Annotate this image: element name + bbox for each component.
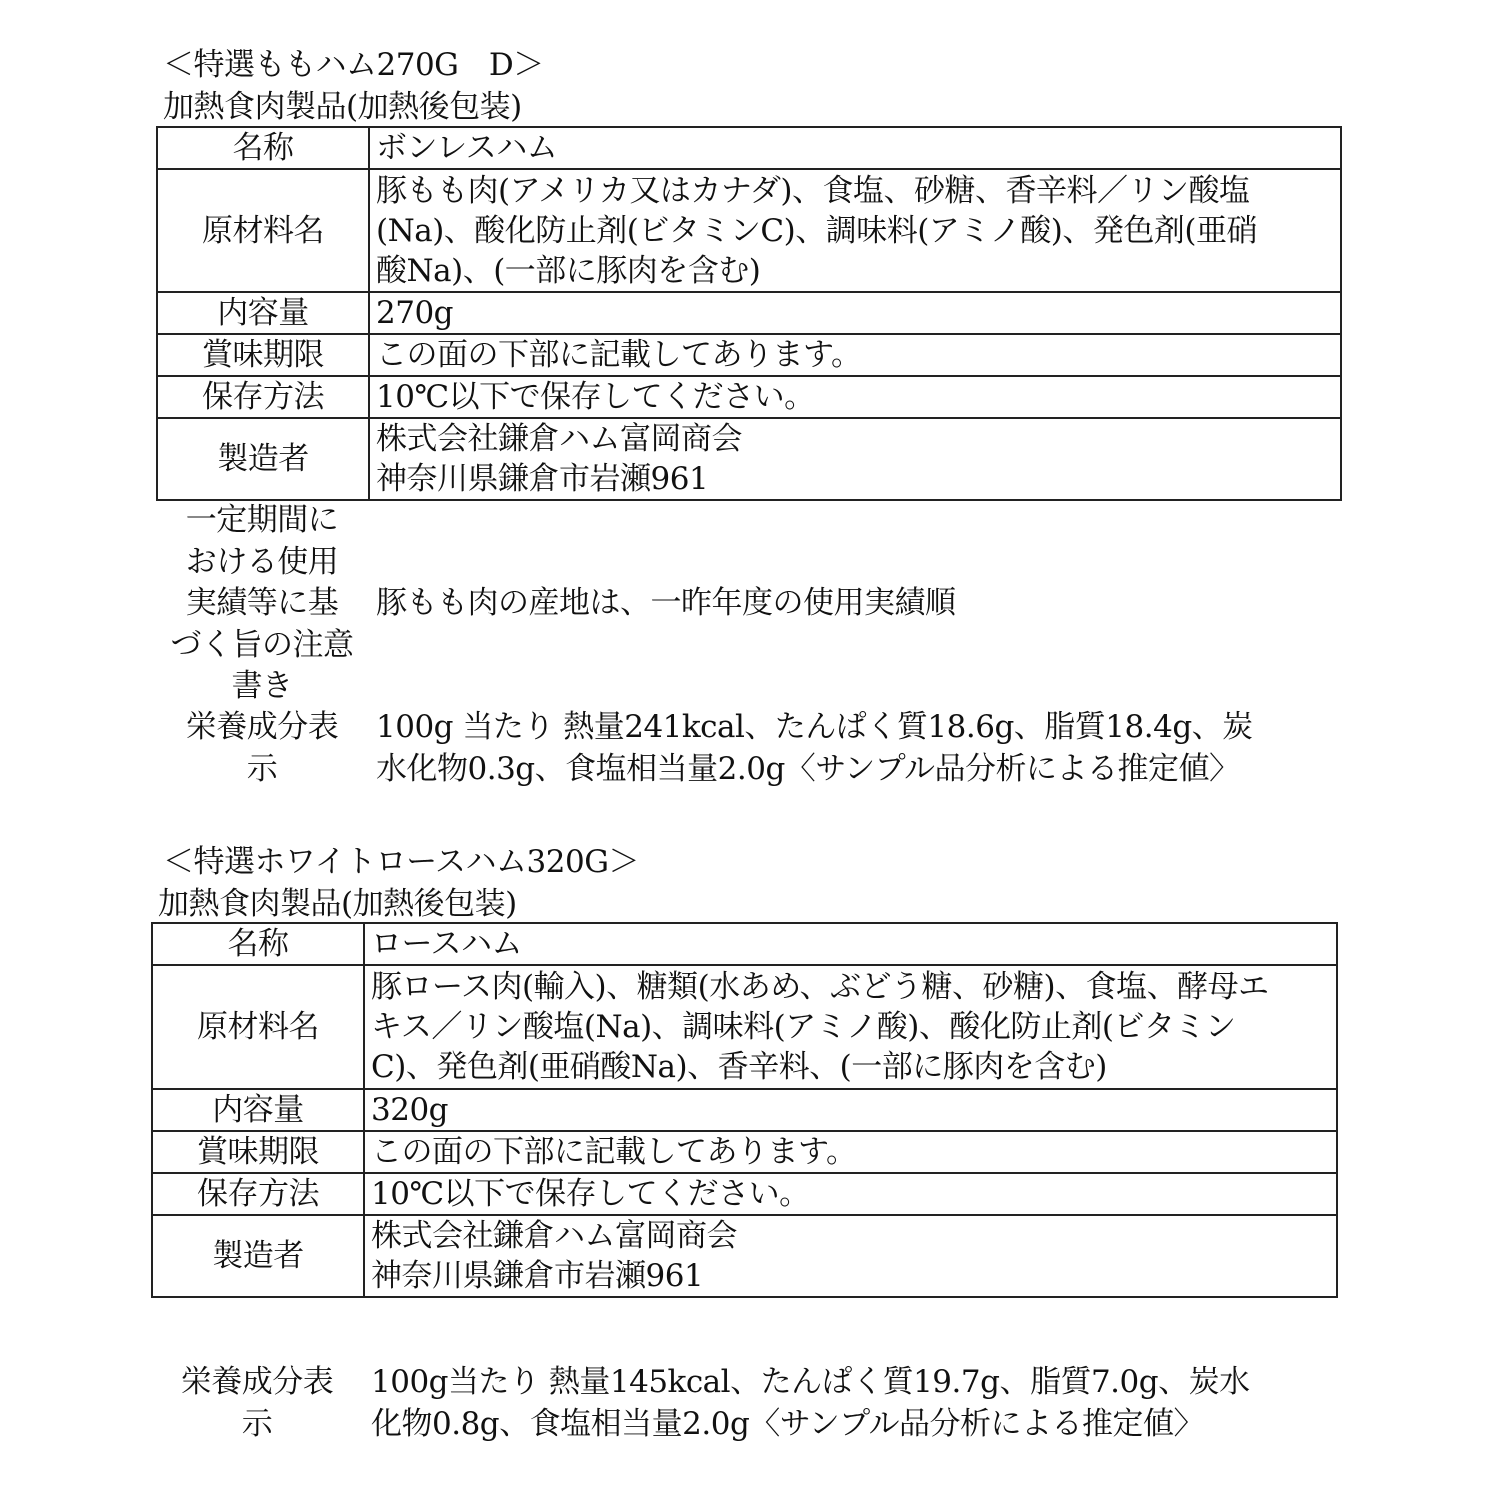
table-row-storage: 保存方法 10℃以下で保存してください。 <box>157 376 1341 418</box>
row-value: 270g <box>369 292 1341 334</box>
product-1-notice-value: 豚もも肉の産地は、一昨年度の使用実績順 <box>376 583 956 625</box>
row-key: 名称 <box>157 127 369 169</box>
row-value: ロースハム <box>364 923 1337 965</box>
row-key: 保存方法 <box>152 1173 364 1215</box>
product-2-nutrition-key: 栄養成分表 示 <box>151 1362 363 1445</box>
product-1-label-table: 名称 ボンレスハム 原材料名 豚もも肉(アメリカ又はカナダ)、食塩、砂糖、香辛料… <box>156 126 1342 501</box>
product-1-category: 加熱食肉製品(加熱後包装) <box>163 87 522 127</box>
row-value: 豚ロース肉(輸入)、糖類(水あめ、ぶどう糖、砂糖)、食塩、酵母エ キス／リン酸塩… <box>364 965 1337 1089</box>
row-value: 豚もも肉(アメリカ又はカナダ)、食塩、砂糖、香辛料／リン酸塩 (Na)、酸化防止… <box>369 169 1341 292</box>
row-value: 株式会社鎌倉ハム富岡商会 神奈川県鎌倉市岩瀬961 <box>364 1215 1337 1297</box>
row-key: 製造者 <box>157 418 369 500</box>
table-row-ingredients: 原材料名 豚ロース肉(輸入)、糖類(水あめ、ぶどう糖、砂糖)、食塩、酵母エ キス… <box>152 965 1337 1089</box>
product-2-label-table: 名称 ロースハム 原材料名 豚ロース肉(輸入)、糖類(水あめ、ぶどう糖、砂糖)、… <box>151 922 1338 1298</box>
product-2-title: ＜特選ホワイトロースハム320G＞ <box>163 842 639 882</box>
row-key: 内容量 <box>152 1089 364 1131</box>
row-value: この面の下部に記載してあります。 <box>369 334 1341 376</box>
row-value: ボンレスハム <box>369 127 1341 169</box>
product-2-nutrition-value: 100g当たり 熱量145kcal、たんぱく質19.7g、脂質7.0g、炭水 化… <box>371 1362 1250 1445</box>
row-key: 賞味期限 <box>152 1131 364 1173</box>
table-row-name: 名称 ボンレスハム <box>157 127 1341 169</box>
table-row-net-weight: 内容量 270g <box>157 292 1341 334</box>
row-key: 原材料名 <box>157 169 369 292</box>
product-2-category: 加熱食肉製品(加熱後包装) <box>158 884 517 924</box>
table-row-best-before: 賞味期限 この面の下部に記載してあります。 <box>157 334 1341 376</box>
row-key: 賞味期限 <box>157 334 369 376</box>
table-row-manufacturer: 製造者 株式会社鎌倉ハム富岡商会 神奈川県鎌倉市岩瀬961 <box>157 418 1341 500</box>
row-value: 320g <box>364 1089 1337 1131</box>
table-row-ingredients: 原材料名 豚もも肉(アメリカ又はカナダ)、食塩、砂糖、香辛料／リン酸塩 (Na)… <box>157 169 1341 292</box>
row-value: 10℃以下で保存してください。 <box>369 376 1341 418</box>
table-row-name: 名称 ロースハム <box>152 923 1337 965</box>
row-key: 原材料名 <box>152 965 364 1089</box>
product-1-title: ＜特選ももハム270G D＞ <box>163 45 544 85</box>
row-value: 10℃以下で保存してください。 <box>364 1173 1337 1215</box>
table-row-net-weight: 内容量 320g <box>152 1089 1337 1131</box>
row-value: 株式会社鎌倉ハム富岡商会 神奈川県鎌倉市岩瀬961 <box>369 418 1341 500</box>
row-key: 製造者 <box>152 1215 364 1297</box>
table-row-best-before: 賞味期限 この面の下部に記載してあります。 <box>152 1131 1337 1173</box>
row-key: 保存方法 <box>157 376 369 418</box>
product-1-notice-key: 一定期間に おける使用 実績等に基 づく旨の注意 書き <box>156 500 368 708</box>
row-value: この面の下部に記載してあります。 <box>364 1131 1337 1173</box>
row-key: 内容量 <box>157 292 369 334</box>
product-1-nutrition-key: 栄養成分表 示 <box>156 707 368 790</box>
product-1-nutrition-value: 100g 当たり 熱量241kcal、たんぱく質18.6g、脂質18.4g、炭 … <box>376 707 1253 790</box>
table-row-manufacturer: 製造者 株式会社鎌倉ハム富岡商会 神奈川県鎌倉市岩瀬961 <box>152 1215 1337 1297</box>
row-key: 名称 <box>152 923 364 965</box>
table-row-storage: 保存方法 10℃以下で保存してください。 <box>152 1173 1337 1215</box>
